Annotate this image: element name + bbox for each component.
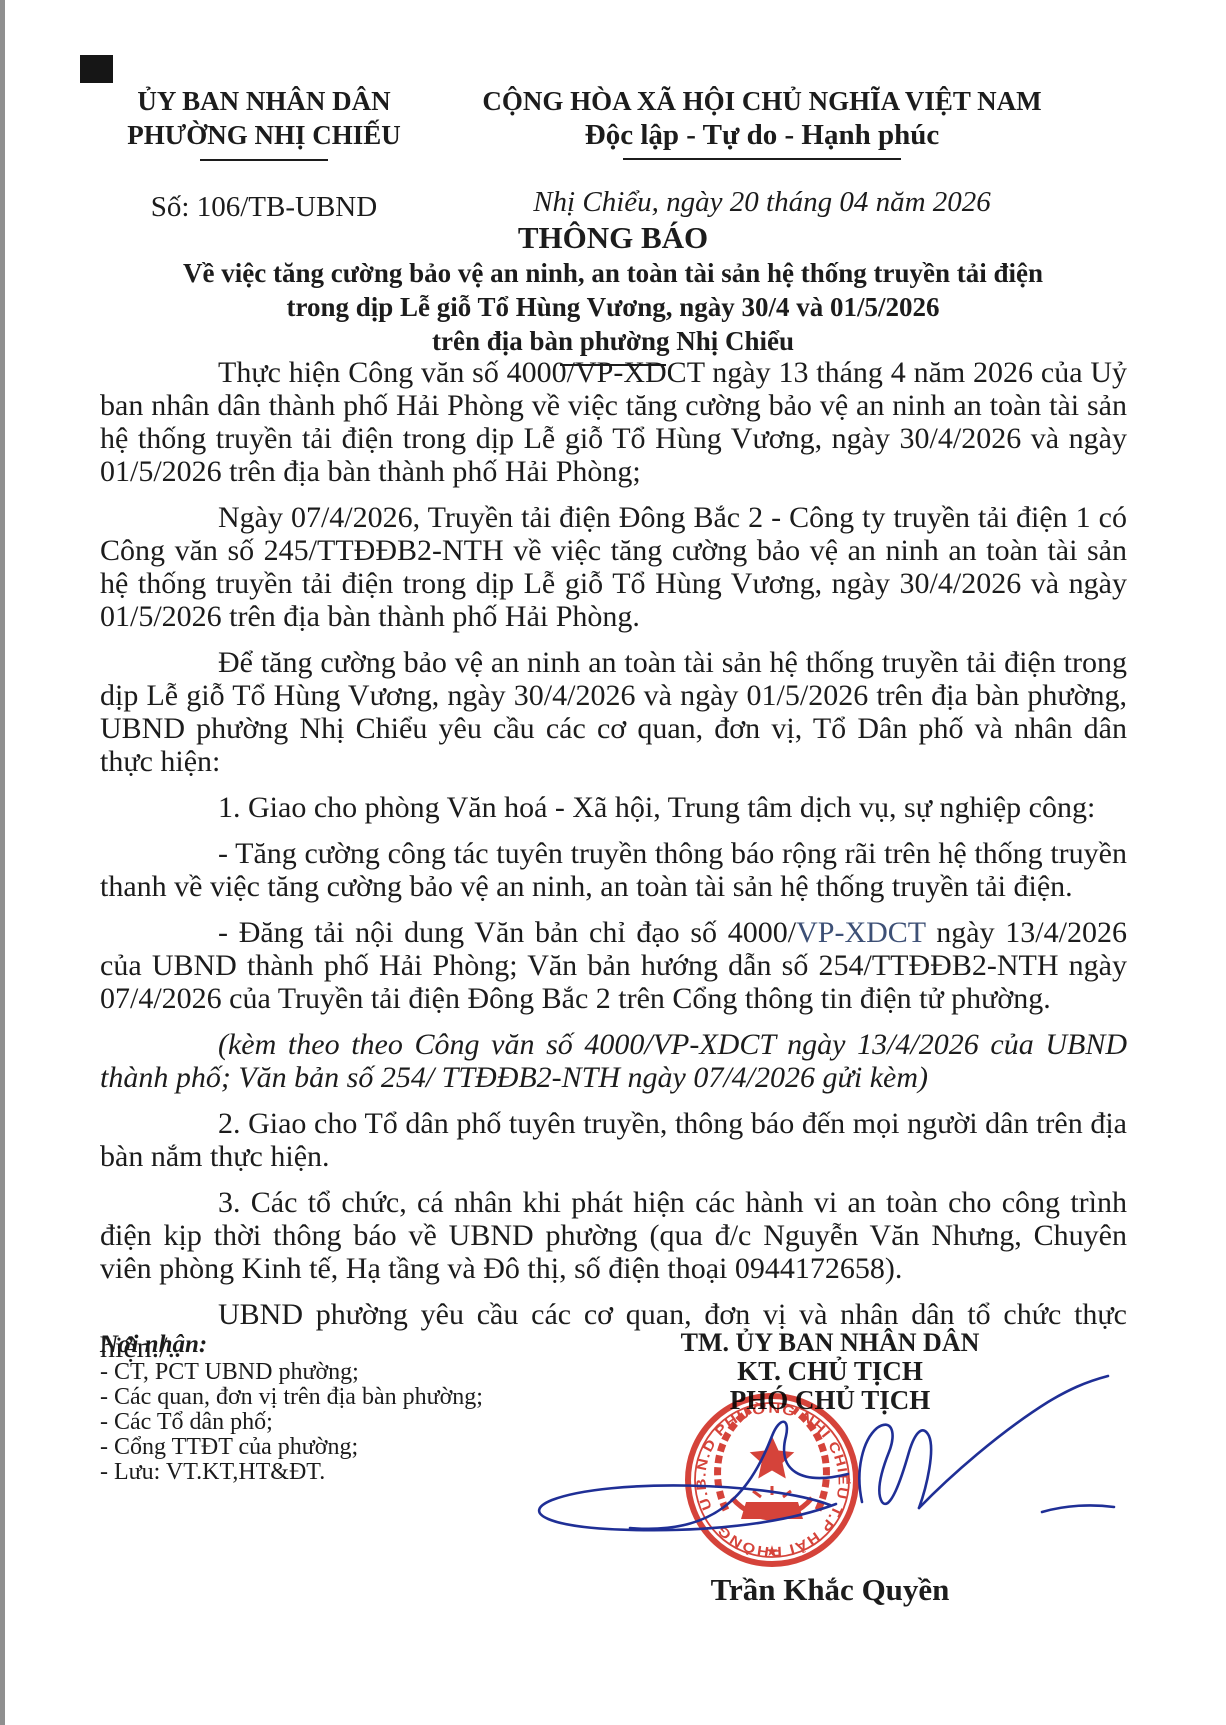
national-motto: Độc lập - Tự do - Hạnh phúc <box>452 118 1072 152</box>
subject-line1: Về việc tăng cường bảo vệ an ninh, an to… <box>0 256 1226 290</box>
issuing-org-line2: PHƯỜNG NHỊ CHIẾU <box>96 118 432 152</box>
paragraph-5: - Tăng cường công tác tuyên truyền thông… <box>100 837 1127 903</box>
signer-org-line: TM. ỦY BAN NHÂN DÂN <box>590 1328 1070 1357</box>
recipient-item: - Các quan, đơn vị trên địa bàn phường; <box>100 1385 580 1410</box>
paragraph-3: Để tăng cường bảo vệ an ninh an toàn tài… <box>100 646 1127 778</box>
org-underline <box>200 159 328 161</box>
document-type-title: THÔNG BÁO <box>0 220 1226 256</box>
recipients-block: Nơi nhận: - CT, PCT UBND phường; - Các q… <box>100 1330 580 1485</box>
signer-name: Trần Khắc Quyền <box>590 1572 1070 1608</box>
paragraph-6-text: - Đăng tải nội dung Văn bản chỉ đạo số 4… <box>218 916 796 949</box>
recipient-item: - CT, PCT UBND phường; <box>100 1360 580 1385</box>
signer-title-line2: PHÓ CHỦ TỊCH <box>590 1386 1070 1415</box>
recipient-item: - Cổng TTĐT của phường; <box>100 1435 580 1460</box>
scan-mark-artifact <box>80 55 113 83</box>
paragraph-2: Ngày 07/4/2026, Truyền tải điện Đông Bắc… <box>100 501 1127 633</box>
paragraph-1: Thực hiện Công văn số 4000/VP-XDCT ngày … <box>100 356 1127 488</box>
paragraph-4: 1. Giao cho phòng Văn hoá - Xã hội, Trun… <box>100 791 1127 824</box>
seal-ring-text: U.B.N.D PHƯỜNG NHỊ CHIẾU T.P HẢI PHÒNG <box>693 1401 850 1560</box>
place-date-line: Nhị Chiểu, ngày 20 tháng 04 năm 2026 <box>452 186 1072 219</box>
subject-line3: trên địa bàn phường Nhị Chiểu <box>0 324 1226 358</box>
seal-star: ★ <box>765 1544 778 1560</box>
national-title: CỘNG HÒA XÃ HỘI CHỦ NGHĨA VIỆT NAM <box>452 84 1072 118</box>
paragraph-6: - Đăng tải nội dung Văn bản chỉ đạo số 4… <box>100 916 1127 1015</box>
paragraph-8: 2. Giao cho Tổ dân phố tuyên truyền, thô… <box>100 1107 1127 1173</box>
document-reference-link[interactable]: VP-XDCT <box>796 916 925 949</box>
subject-line2: trong dịp Lễ giỗ Tổ Hùng Vương, ngày 30/… <box>0 290 1226 324</box>
national-header-block: CỘNG HÒA XÃ HỘI CHỦ NGHĨA VIỆT NAM Độc l… <box>452 84 1072 219</box>
recipients-label: Nơi nhận: <box>100 1330 580 1360</box>
document-body: Thực hiện Công văn số 4000/VP-XDCT ngày … <box>100 356 1127 1377</box>
signer-title-line1: KT. CHỦ TỊCH <box>590 1357 1070 1386</box>
attachment-note: (kèm theo theo Công văn số 4000/VP-XDCT … <box>100 1028 1127 1094</box>
title-block: THÔNG BÁO Về việc tăng cường bảo vệ an n… <box>0 220 1226 366</box>
issuing-org-block: ỦY BAN NHÂN DÂN PHƯỜNG NHỊ CHIẾU Số: 106… <box>96 84 432 224</box>
official-seal: U.B.N.D PHƯỜNG NHỊ CHIẾU T.P HẢI PHÒNG ★ <box>688 1396 856 1564</box>
svg-text:U.B.N.D PHƯỜNG NHỊ CHIẾU T.P H: U.B.N.D PHƯỜNG NHỊ CHIẾU T.P HẢI PHÒNG <box>693 1401 850 1560</box>
national-emblem-icon <box>718 1410 827 1519</box>
signer-block: TM. ỦY BAN NHÂN DÂN KT. CHỦ TỊCH PHÓ CHỦ… <box>590 1328 1070 1415</box>
document-page: ỦY BAN NHÂN DÂN PHƯỜNG NHỊ CHIẾU Số: 106… <box>0 0 1226 1725</box>
recipient-item: - Lưu: VT.KT,HT&ĐT. <box>100 1460 580 1485</box>
motto-underline <box>623 158 901 160</box>
issuing-org-line1: ỦY BAN NHÂN DÂN <box>96 84 432 118</box>
recipient-item: - Các Tổ dân phố; <box>100 1410 580 1435</box>
paragraph-9: 3. Các tổ chức, cá nhân khi phát hiện cá… <box>100 1186 1127 1285</box>
